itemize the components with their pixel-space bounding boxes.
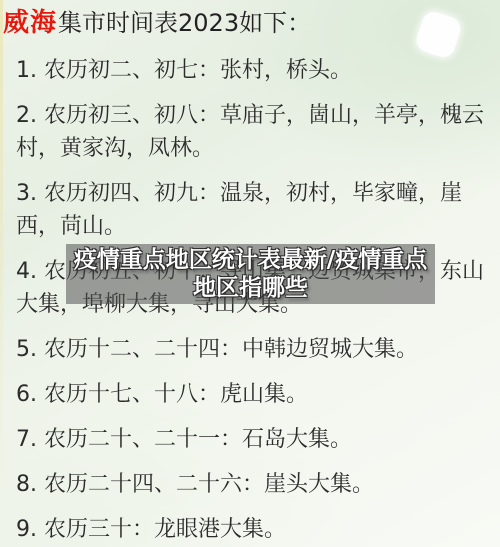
item-text: 农历二十、二十一：石岛大集。 — [44, 427, 352, 452]
overlay-line1: 疫情重点地区统计表最新/疫情重点 — [74, 246, 427, 274]
item-text: 农历十七、十八：虎山集。 — [44, 382, 308, 407]
market-schedule-item-8: 8.农历二十四、二十六：崖头大集。 — [16, 468, 490, 501]
article-image: 威海集市时间表2023如下： 1.农历初二、初七：张村，桥头。 2.农历初三、初… — [0, 0, 500, 547]
market-schedule-item-5: 5.农历十二、二十四：中韩边贸城大集。 — [16, 333, 490, 366]
page-title: 威海集市时间表2023如下： — [3, 8, 490, 38]
market-schedule-item-7: 7.农历二十、二十一：石岛大集。 — [16, 423, 490, 456]
item-text: 农历初四、初九：温泉，初村，毕家疃，崖西，苘山。 — [16, 181, 462, 239]
item-text: 农历十二、二十四：中韩边贸城大集。 — [44, 337, 418, 362]
market-schedule-item-3: 3.农历初四、初九：温泉，初村，毕家疃，崖西，苘山。 — [16, 177, 490, 243]
item-number: 4. — [16, 259, 37, 284]
market-schedule-item-9: 9.农历三十：龙眼港大集。 — [16, 513, 490, 546]
overlay-line2: 地区指哪些 — [193, 274, 308, 302]
market-schedule-item-6: 6.农历十七、十八：虎山集。 — [16, 378, 490, 411]
page-title-text: 集市时间表2023如下： — [58, 9, 311, 37]
item-number: 2. — [16, 103, 37, 128]
item-number: 7. — [16, 427, 37, 452]
item-number: 5. — [16, 337, 37, 362]
market-schedule-item-2: 2.农历初三、初八：草庙子，崮山，羊亭，槐云村，黄家沟，凤林。 — [16, 99, 490, 165]
item-number: 6. — [16, 382, 37, 407]
brand-weihai: 威海 — [3, 8, 57, 38]
item-text: 农历三十：龙眼港大集。 — [44, 517, 286, 542]
item-text: 农历初二、初七：张村，桥头。 — [44, 58, 352, 83]
item-text: 农历初三、初八：草庙子，崮山，羊亭，槐云村，黄家沟，凤林。 — [16, 103, 484, 161]
item-number: 3. — [16, 181, 37, 206]
item-text: 农历二十四、二十六：崖头大集。 — [44, 472, 374, 497]
item-number: 8. — [16, 472, 37, 497]
item-number: 9. — [16, 517, 37, 542]
item-number: 1. — [16, 58, 37, 83]
market-schedule-item-1: 1.农历初二、初七：张村，桥头。 — [16, 54, 490, 87]
epidemic-title-overlay: 疫情重点地区统计表最新/疫情重点 地区指哪些 — [66, 244, 435, 304]
